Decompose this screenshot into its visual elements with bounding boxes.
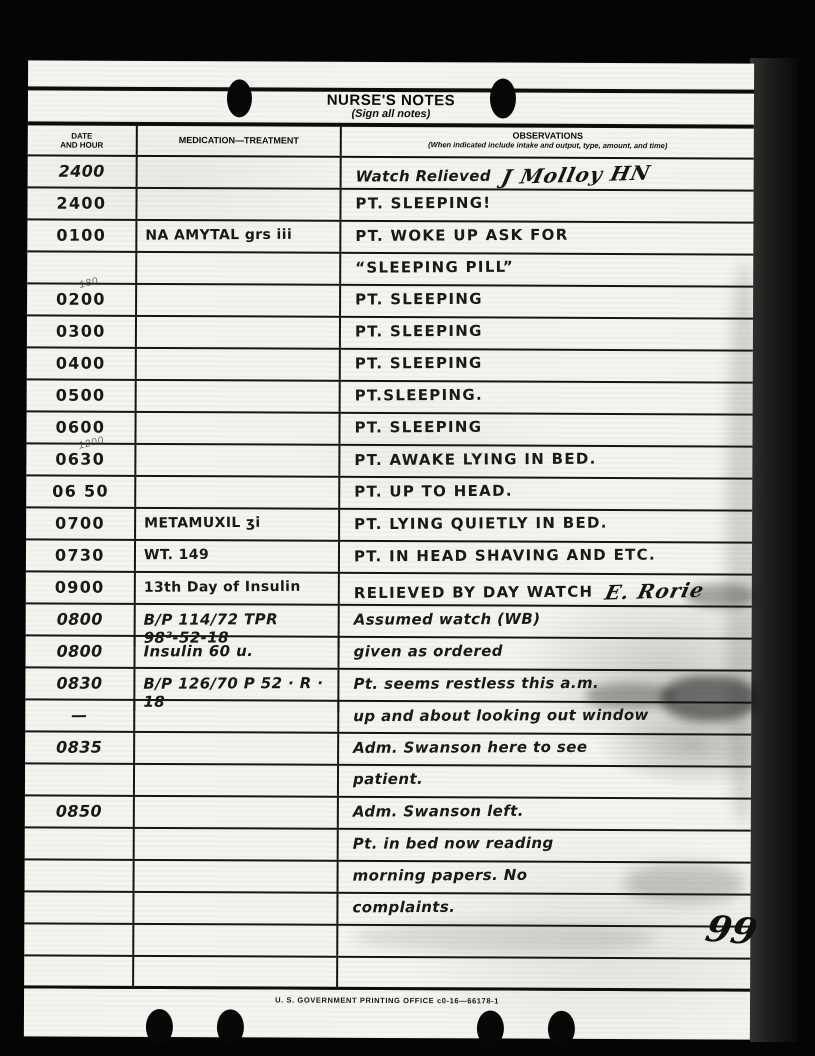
date-hour-cell — [25, 764, 133, 794]
handwritten-time: 0800 — [56, 642, 102, 661]
handwritten-time: 0830 — [56, 674, 102, 693]
observations-cell: morning papers. No — [337, 862, 751, 894]
table-row: 2400Watch RelievedJ Molloy HN — [28, 156, 754, 191]
nurses-notes-page: NURSE'S NOTES (Sign all notes) DATE AND … — [24, 60, 754, 1039]
observations-cell: Watch RelievedJ Molloy HN — [340, 158, 754, 190]
table-row: 0800Insulin 60 u.given as ordered — [25, 636, 751, 671]
medication-treatment-cell — [133, 701, 337, 732]
scan-right-margin-noise — [750, 58, 798, 1042]
punch-hole-bottom-1 — [146, 1009, 173, 1045]
date-hour-cell: 0850 — [25, 796, 133, 826]
handwritten-time: 0600 — [56, 418, 106, 437]
observations-cell: RELIEVED BY DAY WATCHE. Rorie — [338, 574, 752, 606]
handwritten-observation: Adm. Swanson left. — [353, 802, 524, 821]
punch-hole-bottom-2 — [217, 1009, 244, 1045]
observations-label: OBSERVATIONS — [513, 131, 584, 141]
date-hour-cell: 12000630 — [26, 444, 134, 474]
date-hour-cell: 2400 — [28, 156, 136, 186]
handwritten-observation: patient. — [353, 770, 423, 788]
date-hour-cell — [24, 924, 132, 954]
handwritten-observation: PT. UP TO HEAD. — [354, 482, 513, 501]
table-row: 12000630PT. AWAKE LYING IN BED. — [26, 444, 752, 479]
handwritten-observation: Watch Relieved — [356, 167, 491, 186]
date-hour-cell: — — [25, 700, 133, 730]
handwritten-observation: “SLEEPING PILL” — [355, 258, 514, 277]
handwritten-time: 0835 — [56, 738, 102, 757]
medication-treatment-cell — [132, 893, 336, 924]
nurse-signature: J Molloy HN — [500, 161, 654, 189]
handwritten-observation: Assumed watch (WB) — [354, 610, 541, 629]
handwritten-observation: PT. SLEEPING — [354, 418, 482, 437]
observations-cell: given as ordered — [337, 638, 751, 670]
handwritten-observation: up and about looking out window — [353, 706, 649, 725]
date-hour-cell: 0400 — [27, 348, 135, 378]
medication-treatment-cell — [133, 861, 337, 892]
column-header-observations: OBSERVATIONS (When indicated include int… — [340, 127, 754, 158]
punch-hole-top-left — [227, 79, 252, 117]
handwritten-time: 0850 — [56, 802, 102, 821]
medication-treatment-cell: NA AMYTAL grs iii — [135, 221, 339, 252]
handwritten-time: 0630 — [55, 450, 105, 469]
handwritten-time: 0500 — [56, 386, 106, 405]
medication-treatment-cell — [135, 349, 339, 380]
medication-treatment-cell — [132, 925, 336, 956]
handwritten-medication: NA AMYTAL grs iii — [145, 227, 292, 244]
handwritten-observation: PT. SLEEPING — [355, 354, 483, 373]
table-row: morning papers. No — [25, 860, 751, 895]
handwritten-observation: Pt. in bed now reading — [353, 834, 554, 853]
observations-cell: PT. SLEEPING — [339, 350, 753, 382]
observations-cell: PT. UP TO HEAD. — [338, 478, 752, 510]
handwritten-observation: PT. IN HEAD SHAVING AND ETC. — [354, 546, 656, 566]
scanned-document-viewport: NURSE'S NOTES (Sign all notes) DATE AND … — [0, 0, 815, 1056]
handwritten-time: — — [71, 706, 87, 725]
handwritten-medication: WT. 149 — [144, 547, 209, 563]
table-row: 090013th Day of InsulinRELIEVED BY DAY W… — [26, 572, 752, 607]
medication-treatment-cell — [134, 445, 338, 476]
date-hour-cell: 1800200 — [27, 284, 135, 314]
table-row: —up and about looking out window — [25, 700, 751, 735]
handwritten-medication: 13th Day of Insulin — [144, 579, 301, 596]
handwritten-time: 06 50 — [52, 481, 109, 500]
handwritten-page-number: 99 — [702, 908, 761, 953]
handwritten-observation: Pt. seems restless this a.m. — [353, 674, 599, 693]
date-hour-cell: 0500 — [27, 380, 135, 410]
observations-cell: PT. WOKE UP ASK FOR — [339, 222, 753, 254]
observations-cell: PT. LYING QUIETLY IN BED. — [338, 510, 752, 542]
medication-treatment-cell — [135, 253, 339, 284]
notes-table-body: 2400Watch RelievedJ Molloy HN2400PT. SLE… — [24, 156, 754, 991]
medication-treatment-cell — [135, 285, 339, 316]
table-row: 0300PT. SLEEPING — [27, 316, 753, 351]
medication-treatment-cell — [132, 957, 336, 988]
handwritten-medication: Insulin 60 u. — [144, 642, 254, 660]
table-row: Pt. in bed now reading — [25, 828, 751, 863]
observations-cell: PT.SLEEPING. — [339, 382, 753, 414]
date-hour-cell — [24, 956, 132, 986]
observations-cell: PT. SLEEPING — [338, 414, 752, 446]
form-subtitle: (Sign all notes) — [28, 106, 754, 121]
medication-treatment-cell: 13th Day of Insulin — [134, 573, 338, 604]
date-hour-cell: 0730 — [26, 540, 134, 570]
medication-treatment-cell: METAMUXIL ʒi — [134, 509, 338, 540]
handwritten-observation: complaints. — [352, 898, 455, 916]
handwritten-observation: PT. WOKE UP ASK FOR — [355, 226, 568, 245]
date-hour-cell: 0100 — [27, 220, 135, 250]
table-row: 0600PT. SLEEPING — [26, 412, 752, 447]
column-header-medication: MEDICATION—TREATMENT — [136, 126, 340, 156]
handwritten-time: 2400 — [57, 194, 107, 213]
observations-cell: Pt. in bed now reading — [337, 830, 751, 862]
handwritten-observation: morning papers. No — [353, 866, 528, 885]
handwritten-observation: RELIEVED BY DAY WATCH — [354, 583, 594, 602]
observations-cell: up and about looking out window — [337, 702, 751, 734]
column-headers: DATE AND HOUR MEDICATION—TREATMENT OBSER… — [28, 125, 754, 157]
punch-hole-bottom-3 — [477, 1010, 504, 1046]
medication-treatment-cell — [134, 413, 338, 444]
handwritten-observation: PT. SLEEPING — [355, 322, 483, 341]
column-header-date: DATE AND HOUR — [28, 125, 136, 154]
handwritten-observation: PT.SLEEPING. — [355, 386, 483, 405]
medication-treatment-cell — [134, 477, 338, 508]
medication-treatment-cell — [133, 733, 337, 764]
observations-cell: Adm. Swanson here to see — [337, 734, 751, 766]
medication-treatment-cell — [135, 381, 339, 412]
table-row: 1800200PT. SLEEPING — [27, 284, 753, 319]
observations-cell: PT. AWAKE LYING IN BED. — [338, 446, 752, 478]
nurse-signature: E. Rorie — [602, 578, 706, 605]
date-hour-cell: 06 50 — [26, 476, 134, 506]
observations-cell: complaints. — [336, 894, 750, 926]
punch-hole-top-right — [490, 78, 516, 118]
printing-office-footer: U. S. GOVERNMENT PRINTING OFFICE c0-16—6… — [24, 994, 750, 1006]
date-hour-cell: 0300 — [27, 316, 135, 346]
medication-treatment-cell — [136, 157, 340, 188]
date-hour-cell: 0700 — [26, 508, 134, 538]
observations-cell: Adm. Swanson left. — [337, 798, 751, 830]
handwritten-medication: METAMUXIL ʒi — [144, 515, 261, 532]
medication-treatment-cell — [133, 797, 337, 828]
observations-cell: PT. SLEEPING — [339, 318, 753, 350]
date-hour-cell: 0600 — [26, 412, 134, 442]
medication-treatment-cell — [133, 829, 337, 860]
observations-cell: “SLEEPING PILL” — [339, 254, 753, 286]
table-row: 0800B/P 114/72 TPR 98²-52-18Assumed watc… — [26, 604, 752, 639]
table-row: 06 50PT. UP TO HEAD. — [26, 476, 752, 511]
handwritten-time: 0900 — [55, 577, 105, 596]
medication-treatment-cell — [135, 189, 339, 220]
table-row: 0850Adm. Swanson left. — [25, 796, 751, 831]
handwritten-observation: PT. SLEEPING — [355, 290, 483, 309]
table-row: 0730WT. 149PT. IN HEAD SHAVING AND ETC. — [26, 540, 752, 575]
table-row: 2400PT. SLEEPING! — [27, 188, 753, 223]
medication-treatment-cell: WT. 149 — [134, 541, 338, 572]
table-row: complaints. — [24, 892, 750, 927]
handwritten-time: 0200 — [56, 290, 106, 309]
observations-cell — [336, 926, 750, 958]
medication-treatment-cell — [133, 765, 337, 796]
punch-hole-bottom-4 — [548, 1011, 575, 1047]
observations-cell — [336, 958, 750, 990]
table-row: 0700METAMUXIL ʒiPT. LYING QUIETLY IN BED… — [26, 508, 752, 543]
date-hour-cell: 0900 — [26, 572, 134, 602]
observations-sublabel: (When indicated include intake and outpu… — [342, 140, 754, 152]
observations-cell: PT. SLEEPING — [339, 286, 753, 318]
handwritten-observation: PT. SLEEPING! — [355, 194, 491, 213]
handwritten-observation: PT. LYING QUIETLY IN BED. — [354, 514, 608, 534]
date-hour-cell — [24, 892, 132, 922]
handwritten-time: 0730 — [55, 545, 105, 564]
medication-treatment-cell — [135, 317, 339, 348]
handwritten-time: 0100 — [56, 226, 106, 245]
date-hour-cell: 0800 — [25, 636, 133, 666]
table-row — [24, 924, 750, 959]
table-row: 0830B/P 126/70 P 52 · R · 18Pt. seems re… — [25, 668, 751, 703]
handwritten-time: 0700 — [55, 514, 105, 533]
table-row: 0835Adm. Swanson here to see — [25, 732, 751, 767]
observations-cell: patient. — [337, 766, 751, 798]
handwritten-time: 0400 — [56, 354, 106, 373]
handwritten-time: 2400 — [59, 162, 105, 181]
table-row: patient. — [25, 764, 751, 799]
date-hour-cell: 2400 — [27, 188, 135, 218]
date-hour-cell: 0835 — [25, 732, 133, 762]
date-hour-cell — [25, 860, 133, 890]
table-row: 0100NA AMYTAL grs iiiPT. WOKE UP ASK FOR — [27, 220, 753, 255]
table-row: 0500PT.SLEEPING. — [27, 380, 753, 415]
handwritten-time: 0800 — [57, 610, 103, 629]
table-row: 0400PT. SLEEPING — [27, 348, 753, 383]
table-row: “SLEEPING PILL” — [27, 252, 753, 287]
handwritten-observation: PT. AWAKE LYING IN BED. — [354, 450, 596, 469]
handwritten-observation: given as ordered — [354, 642, 503, 661]
date-hour-cell — [25, 828, 133, 858]
handwritten-observation: Adm. Swanson here to see — [353, 738, 587, 757]
medication-treatment-cell: Insulin 60 u. — [133, 637, 337, 668]
observations-cell: PT. SLEEPING! — [339, 190, 753, 222]
handwritten-time: 0300 — [56, 322, 106, 341]
observations-cell: PT. IN HEAD SHAVING AND ETC. — [338, 542, 752, 574]
